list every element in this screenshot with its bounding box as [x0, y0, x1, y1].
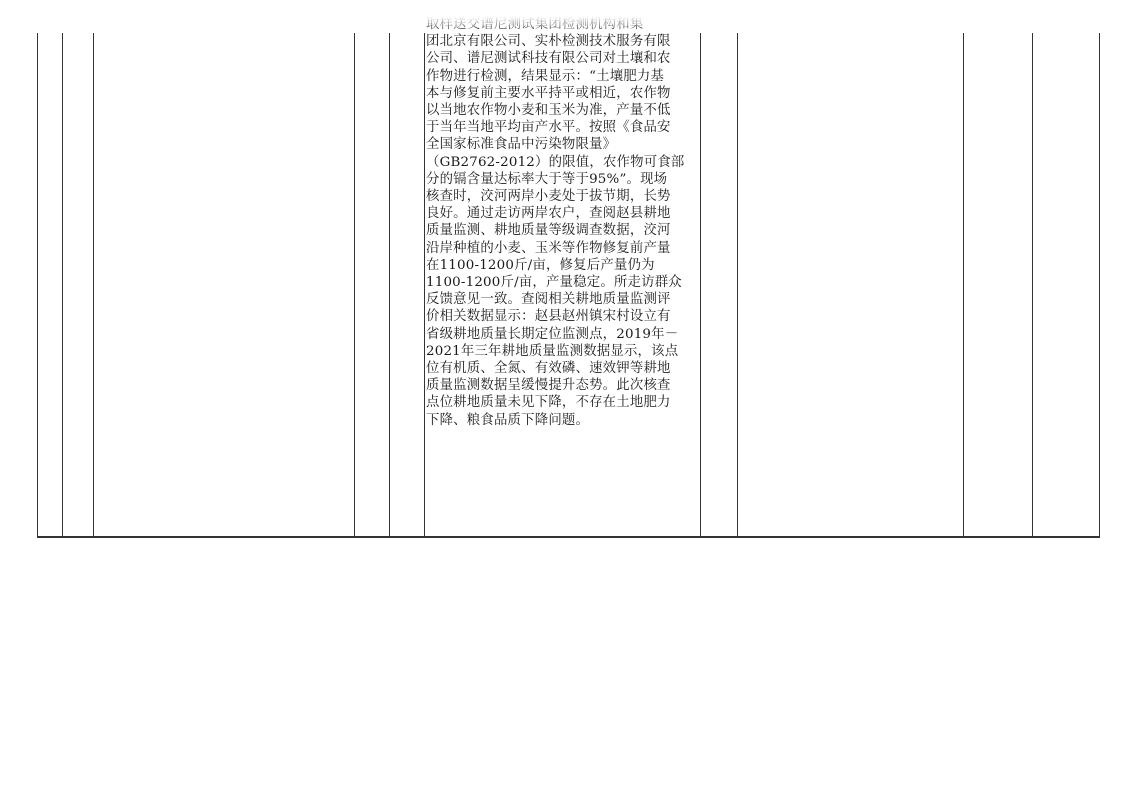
text-line: （GB2762-2012）的限值，农作物可食部: [426, 154, 698, 171]
text-line: 沿岸种植的小麦、玉米等作物修复前产量: [426, 240, 698, 257]
text-line: 位有机质、全氮、有效磷、速效钾等耕地: [426, 360, 698, 377]
text-line: 2021年三年耕地质量监测数据显示，该点: [426, 343, 698, 360]
column-divider: [389, 33, 390, 538]
text-line: 价相关数据显示：赵县赵州镇宋村设立有: [426, 308, 698, 325]
text-line: 反馈意见一致。查阅相关耕地质量监测评: [426, 291, 698, 308]
text-line: 作物进行检测，结果显示：“土壤肥力基: [426, 68, 698, 85]
column-divider: [62, 33, 63, 538]
document-page: 取样送交谱尼测试集团检测机构和集 团北京有限公司、实朴检测技术服务有限 公司、谱…: [0, 0, 1122, 793]
text-line: 在1100-1200斤/亩，修复后产量仍为: [426, 257, 698, 274]
text-line: 团北京有限公司、实朴检测技术服务有限: [426, 33, 698, 50]
text-line: 省级耕地质量长期定位监测点，2019年－: [426, 326, 698, 343]
text-line: 取样送交谱尼测试集团检测机构和集: [426, 16, 698, 33]
text-line: 本与修复前主要水平持平或相近，农作物: [426, 85, 698, 102]
text-line: 公司、谱尼测试科技有限公司对土壤和农: [426, 50, 698, 67]
text-line: 质量监测数据呈缓慢提升态势。此次核查: [426, 377, 698, 394]
column-divider: [737, 33, 738, 538]
text-line: 良好。通过走访两岸农户，查阅赵县耕地: [426, 205, 698, 222]
text-line: 以当地农作物小麦和玉米为准，产量不低: [426, 102, 698, 119]
column-divider: [354, 33, 355, 538]
text-line: 质量监测、耕地质量等级调查数据，洨河: [426, 222, 698, 239]
text-line: 核查时，洨河两岸小麦处于拔节期，长势: [426, 188, 698, 205]
column-divider: [1032, 33, 1033, 538]
text-line: 下降、粮食品质下降问题。: [426, 412, 698, 429]
text-line: 于当年当地平均亩产水平。按照《食品安: [426, 119, 698, 136]
text-line: 全国家标准食品中污染物限量》: [426, 136, 698, 153]
text-line: 分的镉含量达标率大于等于95%”。现场: [426, 171, 698, 188]
finding-cell-text: 取样送交谱尼测试集团检测机构和集 团北京有限公司、实朴检测技术服务有限 公司、谱…: [426, 16, 698, 536]
column-divider: [700, 33, 701, 538]
column-divider: [93, 33, 94, 538]
text-line: 点位耕地质量未见下降，不存在土地肥力: [426, 394, 698, 411]
column-divider: [963, 33, 964, 538]
text-line: 1100-1200斤/亩，产量稳定。所走访群众: [426, 274, 698, 291]
column-divider: [424, 33, 425, 538]
